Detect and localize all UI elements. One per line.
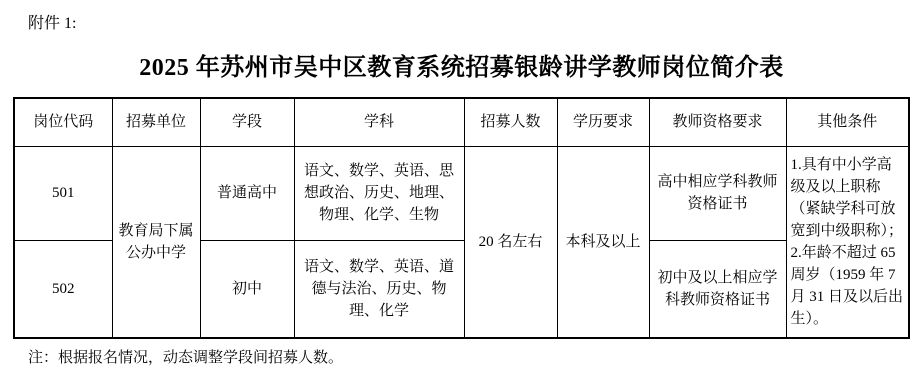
cell-recruit-unit: 教育局下属公办中学 (112, 146, 200, 338)
cell-position-code-501: 501 (14, 146, 112, 240)
page-title: 2025 年苏州市吴中区教育系统招募银龄讲学教师岗位简介表 (0, 47, 923, 82)
header-subjects: 学科 (294, 98, 464, 146)
cell-headcount: 20 名左右 (464, 146, 557, 338)
header-position-code: 岗位代码 (14, 98, 112, 146)
table-header-row: 岗位代码 招募单位 学段 学科 招募人数 学历要求 教师资格要求 其他条件 (14, 98, 909, 146)
header-education-requirement: 学历要求 (557, 98, 649, 146)
header-other-conditions: 其他条件 (786, 98, 909, 146)
cell-education-requirement: 本科及以上 (557, 146, 649, 338)
cell-subjects-502: 语文、数学、英语、道德与法治、历史、物理、化学 (294, 240, 464, 338)
cell-teacher-cert-501: 高中相应学科教师资格证书 (649, 146, 786, 240)
attachment-label: 附件 1: (0, 0, 923, 33)
cell-teacher-cert-502: 初中及以上相应学科教师资格证书 (649, 240, 786, 338)
other-condition-1: 1.具有中小学高级及以上职称（紧缺学科可放宽到中级职称）； (791, 154, 905, 242)
cell-subjects-501: 语文、数学、英语、思想政治、历史、地理、物理、化学、生物 (294, 146, 464, 240)
document-page: { "page": { "attachment_label": "附件 1:",… (0, 0, 923, 378)
cell-stage-501: 普通高中 (200, 146, 294, 240)
header-headcount: 招募人数 (464, 98, 557, 146)
cell-position-code-502: 502 (14, 240, 112, 338)
positions-table: 岗位代码 招募单位 学段 学科 招募人数 学历要求 教师资格要求 其他条件 50… (13, 97, 910, 339)
other-condition-2: 2.年龄不超过 65 周岁（1959 年 7 月 31 日及以后出生）。 (791, 242, 905, 330)
header-recruit-unit: 招募单位 (112, 98, 200, 146)
footnote: 注：根据报名情况，动态调整学段间招募人数。 (28, 346, 923, 367)
header-school-stage: 学段 (200, 98, 294, 146)
cell-other-conditions: 1.具有中小学高级及以上职称（紧缺学科可放宽到中级职称）； 2.年龄不超过 65… (786, 146, 909, 338)
cell-stage-502: 初中 (200, 240, 294, 338)
table-row: 501 教育局下属公办中学 普通高中 语文、数学、英语、思想政治、历史、地理、物… (14, 146, 909, 240)
header-teacher-cert-requirement: 教师资格要求 (649, 98, 786, 146)
